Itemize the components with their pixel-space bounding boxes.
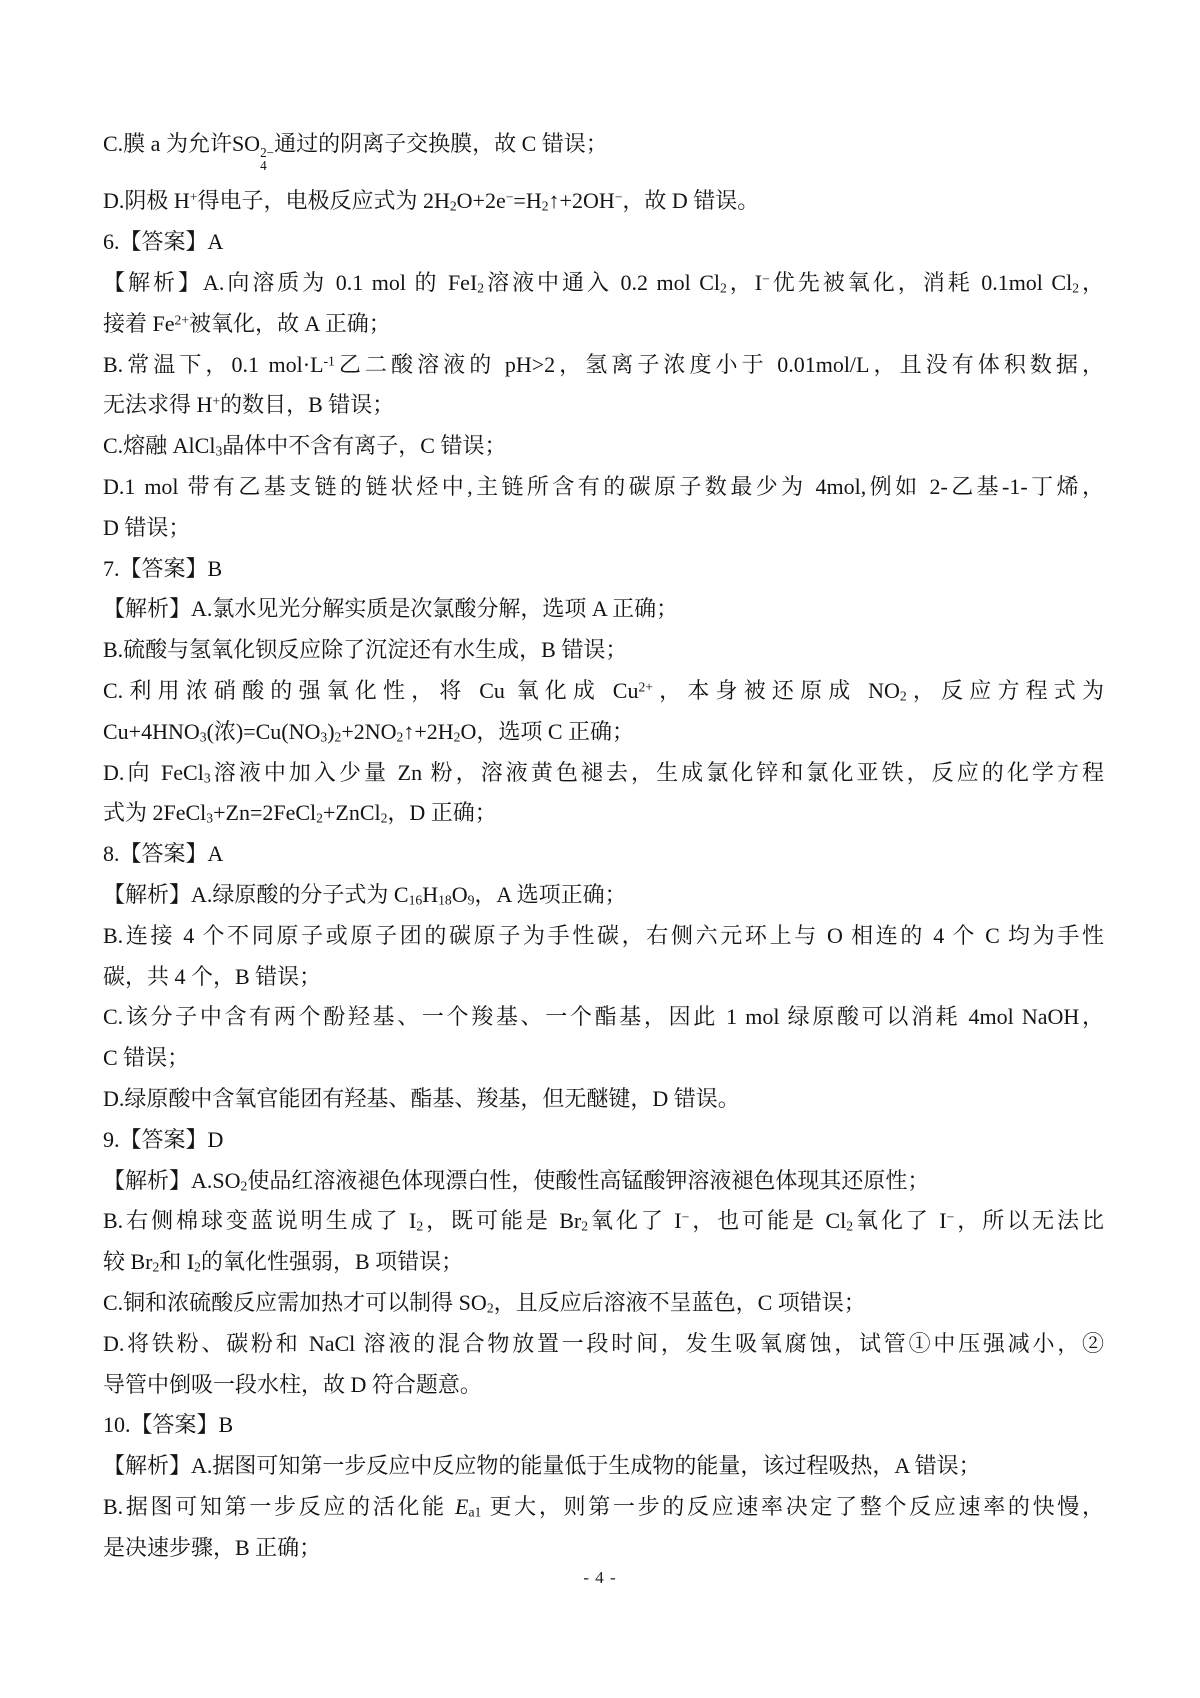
text-line: B.硫酸与氢氧化钡反应除了沉淀还有水生成，B 错误；	[103, 630, 1104, 671]
stacked-charge-subscript: 2−4	[260, 146, 274, 173]
text-line: C.该分子中含有两个酚羟基、一个羧基、一个酯基，因此 1 mol 绿原酸可以消耗…	[103, 997, 1104, 1038]
text-line: 无法求得 H+的数目，B 错误；	[103, 385, 1104, 426]
text-line: 7.【答案】B	[103, 549, 1104, 590]
text-line: B.连接 4 个不同原子或原子团的碳原子为手性碳，右侧六元环上与 O 相连的 4…	[103, 916, 1104, 957]
document-page: C.膜 a 为允许SO2−4通过的阴离子交换膜，故 C 错误；D.阴极 H+得电…	[0, 0, 1200, 1698]
text-line: 6.【答案】A	[103, 222, 1104, 263]
text-line: D.绿原酸中含氧官能团有羟基、酯基、羧基，但无醚键，D 错误。	[103, 1079, 1104, 1120]
text-line: B.右侧棉球变蓝说明生成了 I2，既可能是 Br2氧化了 I−，也可能是 Cl2…	[103, 1201, 1104, 1242]
text-line: 【解析】A.绿原酸的分子式为 C16H18O9，A 选项正确；	[103, 875, 1104, 916]
text-line: C.铜和浓硫酸反应需加热才可以制得 SO2，且反应后溶液不呈蓝色，C 项错误；	[103, 1283, 1104, 1324]
text-line: B.据图可知第一步反应的活化能 Ea1 更大，则第一步的反应速率决定了整个反应速…	[103, 1487, 1104, 1528]
text-line: 10.【答案】B	[103, 1405, 1104, 1446]
text-line: D.1 mol 带有乙基支链的链状烃中,主链所含有的碳原子数最少为 4mol,例…	[103, 467, 1104, 508]
text-line: B.常温下，0.1 mol·L-1乙二酸溶液的 pH>2，氢离子浓度小于 0.0…	[103, 345, 1104, 386]
text-line: 【解析】A.据图可知第一步反应中反应物的能量低于生成物的能量，该过程吸热，A 错…	[103, 1446, 1104, 1487]
text-line: D.阴极 H+得电子，电极反应式为 2H2O+2e−=H2↑+2OH−，故 D …	[103, 181, 1104, 222]
text-line: 【解析】A.氯水见光分解实质是次氯酸分解，选项 A 正确；	[103, 589, 1104, 630]
text-line: D 错误；	[103, 508, 1104, 549]
answer-explanation-text: C.膜 a 为允许SO2−4通过的阴离子交换膜，故 C 错误；D.阴极 H+得电…	[103, 124, 1104, 1569]
text-line: C 错误；	[103, 1038, 1104, 1079]
page-number: - 4 -	[0, 1568, 1200, 1588]
text-line: C.熔融 AlCl3晶体中不含有离子，C 错误；	[103, 426, 1104, 467]
text-line: C.利用浓硝酸的强氧化性，将 Cu 氧化成 Cu2+，本身被还原成 NO2，反应…	[103, 671, 1104, 712]
text-line: 9.【答案】D	[103, 1120, 1104, 1161]
text-line: Cu+4HNO3(浓)=Cu(NO3)2+2NO2↑+2H2O，选项 C 正确；	[103, 712, 1104, 753]
text-line: 式为 2FeCl3+Zn=2FeCl2+ZnCl2，D 正确；	[103, 793, 1104, 834]
text-line: 较 Br2和 I2的氧化性强弱，B 项错误；	[103, 1242, 1104, 1283]
text-line: 碳，共 4 个，B 错误；	[103, 957, 1104, 998]
text-line: 【解析】A.SO2使品红溶液褪色体现漂白性，使酸性高锰酸钾溶液褪色体现其还原性；	[103, 1161, 1104, 1202]
text-line: 8.【答案】A	[103, 834, 1104, 875]
text-line: 【解析】A.向溶质为 0.1 mol 的 FeI2溶液中通入 0.2 mol C…	[103, 263, 1104, 304]
text-line: 是决速步骤，B 正确；	[103, 1528, 1104, 1569]
text-line: D.向 FeCl3溶液中加入少量 Zn 粉，溶液黄色褪去，生成氯化锌和氯化亚铁，…	[103, 753, 1104, 794]
text-line: 导管中倒吸一段水柱，故 D 符合题意。	[103, 1365, 1104, 1406]
text-line: C.膜 a 为允许SO2−4通过的阴离子交换膜，故 C 错误；	[103, 124, 1104, 172]
text-line: D.将铁粉、碳粉和 NaCl 溶液的混合物放置一段时间，发生吸氧腐蚀，试管①中压…	[103, 1324, 1104, 1365]
text-line: 接着 Fe2+被氧化，故 A 正确；	[103, 304, 1104, 345]
